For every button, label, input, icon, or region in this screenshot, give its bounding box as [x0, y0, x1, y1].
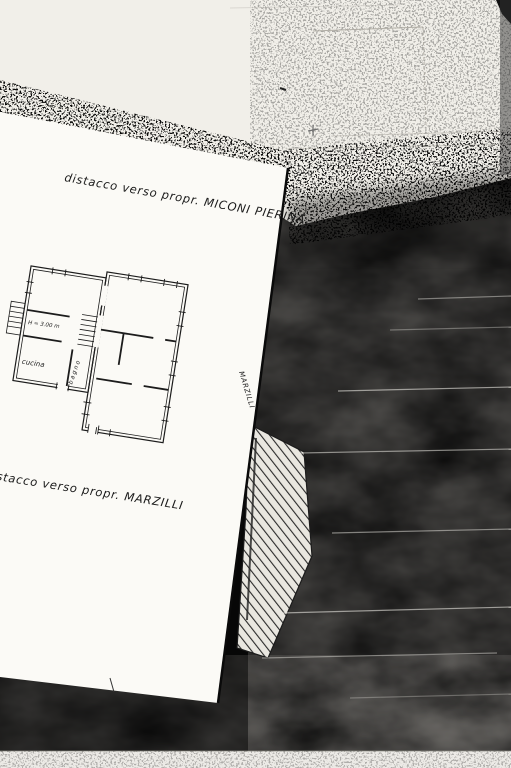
scanned-document: distacco verso propr. MICONI PIERINA dis…: [0, 0, 511, 768]
bottom-paper-strip: [0, 751, 511, 768]
photocopy-scan: distacco verso propr. MICONI PIERINA dis…: [0, 0, 511, 768]
